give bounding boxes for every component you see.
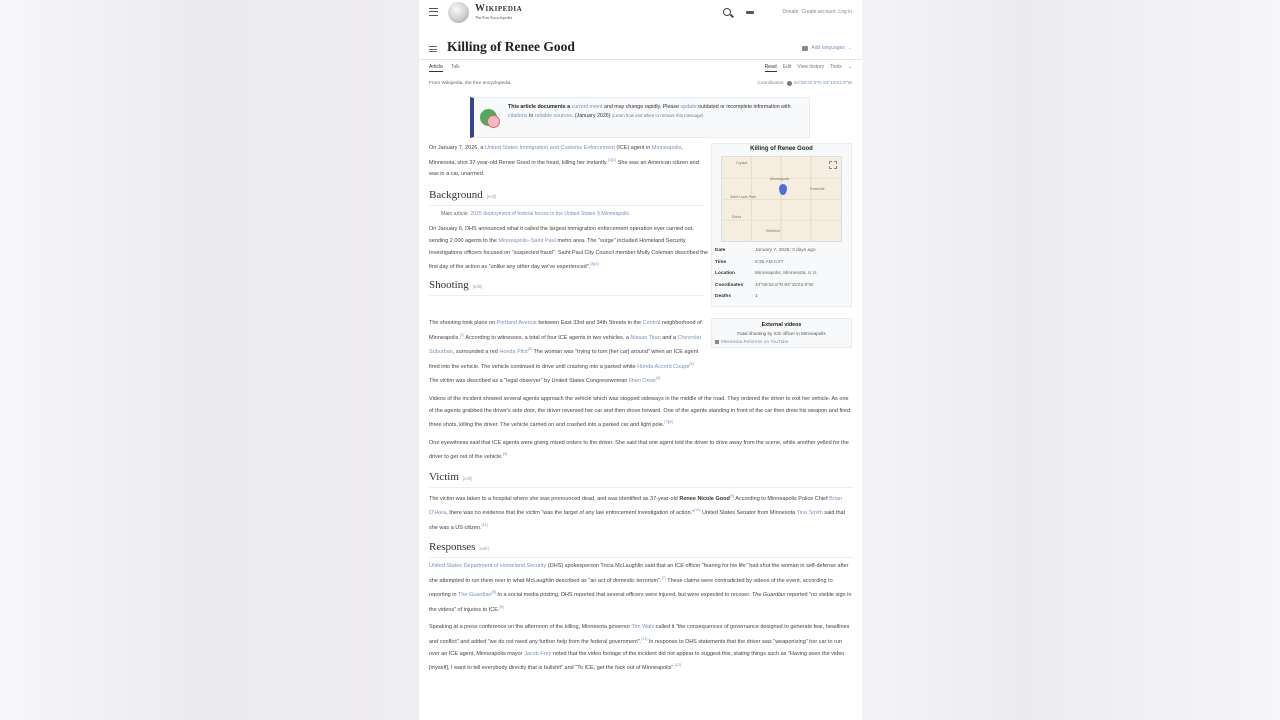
text: In a social media posting, DHS reported …: [496, 592, 752, 598]
responses-paragraph-1: United States Department of Homeland Sec…: [429, 561, 853, 616]
main-article-link[interactable]: 2025 deployment of federal forces in the…: [470, 211, 629, 217]
jacob-frey-link[interactable]: Jacob Frey: [524, 651, 551, 657]
add-languages-label: Add languages: [811, 45, 844, 51]
youtube-video-link[interactable]: Minnesota Reformer on YouTube: [715, 339, 848, 344]
coordinates-link[interactable]: 44°56′22.6″N 93°15′03.8″W: [794, 81, 852, 86]
tim-walz-link[interactable]: Tim Walz: [632, 624, 655, 630]
coordinates-label: Coordinates:: [757, 81, 784, 86]
remove-message-link[interactable]: (Learn how and when to remove this messa…: [612, 113, 704, 118]
reference[interactable]: [12]: [675, 663, 681, 667]
background-paragraph: On January 6, DHS announced what it call…: [429, 224, 709, 274]
edit-section-link[interactable]: [edit]: [487, 194, 496, 199]
honda-accord-link[interactable]: Honda Accord Coupe: [637, 364, 689, 370]
dhs-link[interactable]: United States Department of Homeland Sec…: [429, 563, 546, 569]
text: United States Senator from Minnesota: [700, 510, 796, 516]
coordinates-top: Coordinates: 44°56′22.6″N 93°15′03.8″W: [757, 81, 852, 86]
text: between East 33rd and 34th Streets in th…: [537, 320, 643, 326]
text: Videos of the incident showed several ag…: [429, 396, 850, 428]
victim-paragraph: The victim was taken to a hospital where…: [429, 491, 853, 535]
portland-avenue-link[interactable]: Portland Avenue: [497, 320, 537, 326]
text: According to Minneapolis Police Chief: [734, 496, 829, 502]
chevron-down-icon: ⌄: [848, 45, 852, 51]
row-label: Date: [715, 246, 755, 257]
lead-section: On January 7, 2026, a United States Immi…: [429, 143, 709, 299]
text: The victim was described as a "legal obs…: [429, 378, 629, 384]
heading-text: Background: [429, 189, 483, 201]
current-event-notice: This article documents a current event a…: [470, 97, 810, 138]
reliable-sources-link[interactable]: reliable sources: [535, 113, 572, 119]
map-label: Roseville: [810, 187, 825, 191]
add-languages-button[interactable]: Add languages ⌄: [802, 45, 852, 51]
map-pin-icon: [779, 184, 787, 195]
text: Speaking at a press conference on the af…: [429, 624, 632, 630]
reference[interactable]: [1][2]: [608, 158, 616, 162]
notice-text-3: to: [527, 113, 534, 119]
map-label: Crystal: [736, 161, 747, 165]
infobox-row-coordinates: Coordinates44°56′22.6″N 93°15′03.8″W: [715, 281, 848, 292]
search-icon[interactable]: [723, 8, 731, 16]
infobox-row-deaths: Deaths1: [715, 292, 848, 303]
location-link[interactable]: Minneapolis, Minnesota, U.S.: [755, 269, 848, 280]
edit-section-link[interactable]: [edit]: [479, 546, 488, 551]
text: (ICE) agent in: [615, 145, 652, 151]
map-label: Minneapolis: [770, 177, 789, 181]
heading-responses: Responses[edit]: [429, 542, 853, 558]
wikipedia-page: Wikipedia The Free Encyclopedia Donate C…: [419, 0, 862, 720]
tools-chevron-icon[interactable]: ⌄: [848, 64, 852, 72]
infobox-title: Killing of Renee Good: [715, 146, 848, 152]
heading-text: Victim: [429, 471, 459, 483]
minneapolis-saint-paul-link[interactable]: Minneapolis–Saint Paul: [498, 238, 555, 244]
minneapolis-link[interactable]: Minneapolis: [652, 145, 681, 151]
wikipedia-globe-logo-icon[interactable]: [448, 2, 469, 23]
notice-text-1: and may change rapidly. Please: [603, 104, 681, 110]
text: On January 7, 2026, a: [429, 145, 485, 151]
text: One eyewitness said that ICE agents were…: [429, 440, 849, 461]
main-article-hatnote: Main article: 2025 deployment of federal…: [429, 209, 709, 221]
shooting-paragraph-3: One eyewitness said that ICE agents were…: [429, 438, 853, 464]
text: The shooting took place on: [429, 320, 497, 326]
row-label: Location: [715, 269, 755, 280]
text: According to witnesses, a total of four …: [464, 335, 630, 341]
reference[interactable]: [4]: [656, 376, 660, 380]
tab-read[interactable]: Read: [765, 64, 777, 72]
donate-link[interactable]: Donate: [782, 9, 798, 15]
text: The victim was taken to a hospital where…: [429, 496, 679, 502]
tab-tools[interactable]: Tools: [830, 64, 842, 72]
video-icon: [715, 340, 719, 344]
reference[interactable]: [11]: [482, 523, 488, 527]
external-videos-title: External videos: [715, 322, 848, 328]
current-event-icon: [480, 109, 497, 126]
personal-tools: Donate Create account Log in: [782, 9, 852, 15]
edit-section-link[interactable]: [edit]: [473, 284, 482, 289]
map-label: Edina: [732, 215, 741, 219]
tab-edit[interactable]: Edit: [783, 64, 792, 72]
current-event-link[interactable]: current event: [572, 104, 603, 110]
tab-view-history[interactable]: View history: [797, 64, 824, 72]
notice-date: . (January 2026): [572, 113, 612, 119]
nissan-titan-link[interactable]: Nissan Titan: [630, 335, 660, 341]
wikipedia-wordmark[interactable]: Wikipedia: [475, 3, 522, 14]
menu-icon[interactable]: [429, 8, 438, 16]
infobox-row-date: DateJanuary 7, 2026; 3 days ago: [715, 246, 848, 257]
central-link[interactable]: Central: [643, 320, 661, 326]
heading-victim: Victim[edit]: [429, 472, 853, 488]
tab-talk[interactable]: Talk: [451, 64, 460, 72]
update-link[interactable]: update: [680, 104, 696, 110]
external-videos-box: External videos Fatal shooting by ICE of…: [711, 318, 852, 348]
hatnote-label: Main article:: [441, 211, 470, 217]
reference[interactable]: [2]: [503, 452, 507, 456]
page-tabs: Article Talk Read Edit View history Tool…: [419, 62, 862, 74]
responses-paragraph-2: Speaking at a press conference on the af…: [429, 622, 853, 674]
youtube-link-text: Minnesota Reformer on YouTube: [721, 339, 788, 344]
notice-text-2: outdated or incomplete information with: [697, 104, 791, 110]
shooting-paragraph-1: The shooting took place on Portland Aven…: [429, 318, 704, 388]
map-label: Saint Louis Park: [730, 195, 756, 199]
text: and a: [661, 335, 678, 341]
row-label: Time: [715, 258, 755, 269]
login-link[interactable]: Log in: [838, 9, 852, 15]
row-value: 9:35 AM CST: [755, 258, 848, 269]
infobox-row-location: LocationMinneapolis, Minnesota, U.S.: [715, 269, 848, 280]
heading-text: Responses: [429, 541, 475, 553]
infobox: Killing of Renee Good Crystal Minneapoli…: [711, 143, 852, 307]
heading-shooting: Shooting[edit]: [429, 280, 704, 296]
reference[interactable]: [8]: [499, 605, 503, 609]
language-icon: [802, 46, 808, 51]
create-account-link[interactable]: Create account: [801, 9, 835, 15]
coordinates-link[interactable]: 44°56′22.6″N 93°15′03.8″W: [755, 281, 848, 292]
reference[interactable]: [6]: [689, 362, 693, 366]
wikipedia-tagline: The Free Encyclopedia: [475, 15, 512, 20]
ilhan-omar-link[interactable]: Ilhan Omar: [629, 378, 656, 384]
guardian-italic: The Guardian: [752, 592, 786, 598]
location-map[interactable]: Crystal Minneapolis Saint Louis Park Edi…: [721, 156, 842, 242]
table-of-contents-icon[interactable]: [429, 46, 437, 52]
infobox-row-time: Time9:35 AM CST: [715, 258, 848, 269]
ice-link[interactable]: United States Immigration and Customs En…: [485, 145, 615, 151]
citations-link[interactable]: citations: [508, 113, 527, 119]
row-value: January 7, 2026; 3 days ago: [755, 246, 848, 257]
notice-text: This article documents a current event a…: [508, 103, 803, 120]
reference[interactable]: [7][8]: [664, 420, 672, 424]
tab-article[interactable]: Article: [429, 64, 443, 72]
edit-section-link[interactable]: [edit]: [463, 476, 472, 481]
notice-bold: This article documents a: [508, 104, 570, 110]
reference[interactable]: [3][4]: [590, 262, 598, 266]
honda-pilot-link[interactable]: Honda Pilot: [499, 349, 527, 355]
shooting-section: The shooting took place on Portland Aven…: [429, 318, 853, 681]
text: , there was no evidence that the victim …: [446, 510, 694, 516]
site-header: Wikipedia The Free Encyclopedia Donate C…: [419, 0, 862, 26]
text: , surrounded a red: [453, 349, 499, 355]
lead-paragraph: On January 7, 2026, a United States Immi…: [429, 143, 709, 181]
page-title: Killing of Renee Good: [447, 39, 575, 55]
site-sub: From Wikipedia, the free encyclopedia: [429, 81, 511, 86]
external-videos-caption: Fatal shooting by ICE officer in Minneap…: [715, 331, 848, 336]
the-guardian-link[interactable]: The Guardian: [458, 592, 492, 598]
fullscreen-icon[interactable]: [829, 161, 837, 169]
title-bar: Killing of Renee Good Add languages ⌄: [419, 38, 862, 60]
map-label: Richfield: [766, 229, 780, 233]
row-label: Deaths: [715, 292, 755, 303]
row-value: 1: [755, 292, 848, 303]
row-label: Coordinates: [715, 281, 755, 292]
globe-icon[interactable]: [787, 81, 792, 86]
shooting-paragraph-2: Videos of the incident showed several ag…: [429, 394, 853, 432]
heading-background: Background[edit]: [429, 190, 704, 206]
appearance-icon[interactable]: [746, 11, 754, 14]
tina-smith-link[interactable]: Tina Smith: [797, 510, 823, 516]
victim-name: Renee Nicole Good: [679, 496, 729, 502]
heading-text: Shooting: [429, 279, 469, 291]
